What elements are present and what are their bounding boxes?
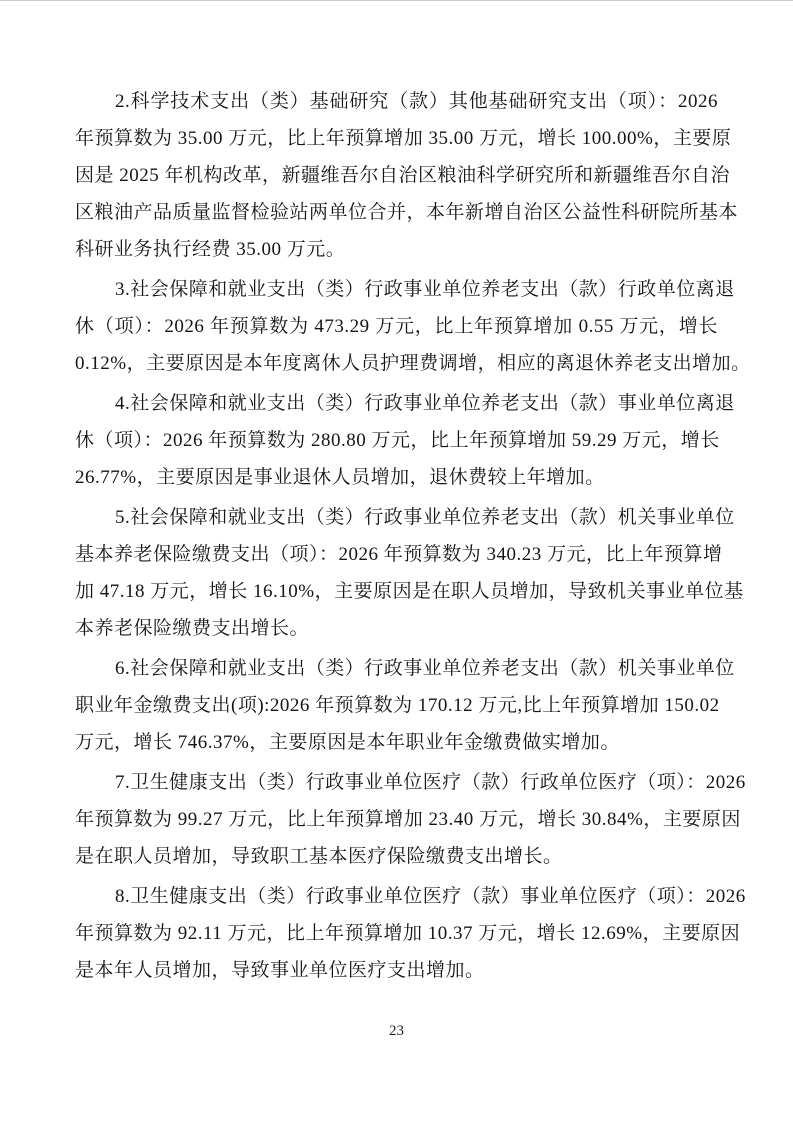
text-line: 0.12%，主要原因是本年度离休人员护理费调增，相应的离退休养老支出增加。 <box>75 345 718 382</box>
text-line: 基本养老保险缴费支出（项）：2026 年预算数为 340.23 万元，比上年预算… <box>75 536 718 573</box>
text-line: 8.卫生健康支出（类）行政事业单位医疗（款）事业单位医疗（项）：2026 <box>75 878 718 915</box>
text-line: 年预算数为 92.11 万元，比上年预算增加 10.37 万元，增长 12.69… <box>75 915 718 952</box>
paragraph-2: 2.科学技术支出（类）基础研究（款）其他基础研究支出（项）：2026 年预算数为… <box>75 83 718 268</box>
text-line: 科研业务执行经费 35.00 万元。 <box>75 231 718 268</box>
text-line: 4.社会保障和就业支出（类）行政事业单位养老支出（款）事业单位离退 <box>75 385 718 422</box>
text-line: 3.社会保障和就业支出（类）行政事业单位养老支出（款）行政单位离退 <box>75 271 718 308</box>
text-line: 万元，增长 746.37%，主要原因是本年职业年金缴费做实增加。 <box>75 724 718 761</box>
text-line: 区粮油产品质量监督检验站两单位合并，本年新增自治区公益性科研院所基本 <box>75 194 718 231</box>
text-line: 加 47.18 万元，增长 16.10%，主要原因是在职人员增加，导致机关事业单… <box>75 573 718 610</box>
paragraph-7: 7.卫生健康支出（类）行政事业单位医疗（款）行政单位医疗（项）：2026 年预算… <box>75 764 718 875</box>
text-line: 7.卫生健康支出（类）行政事业单位医疗（款）行政单位医疗（项）：2026 <box>75 764 718 801</box>
document-body: 2.科学技术支出（类）基础研究（款）其他基础研究支出（项）：2026 年预算数为… <box>75 83 718 992</box>
text-line: 6.社会保障和就业支出（类）行政事业单位养老支出（款）机关事业单位 <box>75 650 718 687</box>
text-line: 休（项）：2026 年预算数为 473.29 万元，比上年预算增加 0.55 万… <box>75 308 718 345</box>
paragraph-5: 5.社会保障和就业支出（类）行政事业单位养老支出（款）机关事业单位 基本养老保险… <box>75 499 718 647</box>
paragraph-4: 4.社会保障和就业支出（类）行政事业单位养老支出（款）事业单位离退 休（项）：2… <box>75 385 718 496</box>
text-line: 年预算数为 99.27 万元，比上年预算增加 23.40 万元，增长 30.84… <box>75 801 718 838</box>
text-line: 5.社会保障和就业支出（类）行政事业单位养老支出（款）机关事业单位 <box>75 499 718 536</box>
paragraph-8: 8.卫生健康支出（类）行政事业单位医疗（款）事业单位医疗（项）：2026 年预算… <box>75 878 718 989</box>
text-line: 26.77%，主要原因是事业退休人员增加，退休费较上年增加。 <box>75 459 718 496</box>
text-line: 2.科学技术支出（类）基础研究（款）其他基础研究支出（项）：2026 <box>75 83 718 120</box>
text-line: 是在职人员增加，导致职工基本医疗保险缴费支出增长。 <box>75 838 718 875</box>
paragraph-3: 3.社会保障和就业支出（类）行政事业单位养老支出（款）行政单位离退 休（项）：2… <box>75 271 718 382</box>
text-line: 因是 2025 年机构改革，新疆维吾尔自治区粮油科学研究所和新疆维吾尔自治 <box>75 157 718 194</box>
text-line: 是本年人员增加，导致事业单位医疗支出增加。 <box>75 952 718 989</box>
text-line: 本养老保险缴费支出增长。 <box>75 610 718 647</box>
text-line: 年预算数为 35.00 万元，比上年预算增加 35.00 万元，增长 100.0… <box>75 120 718 157</box>
text-line: 休（项）：2026 年预算数为 280.80 万元，比上年预算增加 59.29 … <box>75 422 718 459</box>
paragraph-6: 6.社会保障和就业支出（类）行政事业单位养老支出（款）机关事业单位 职业年金缴费… <box>75 650 718 761</box>
page-footer: 23 <box>0 1021 793 1041</box>
document-page: 2.科学技术支出（类）基础研究（款）其他基础研究支出（项）：2026 年预算数为… <box>0 0 793 1123</box>
page-number: 23 <box>389 1023 404 1039</box>
text-line: 职业年金缴费支出(项):2026 年预算数为 170.12 万元,比上年预算增加… <box>75 687 718 724</box>
